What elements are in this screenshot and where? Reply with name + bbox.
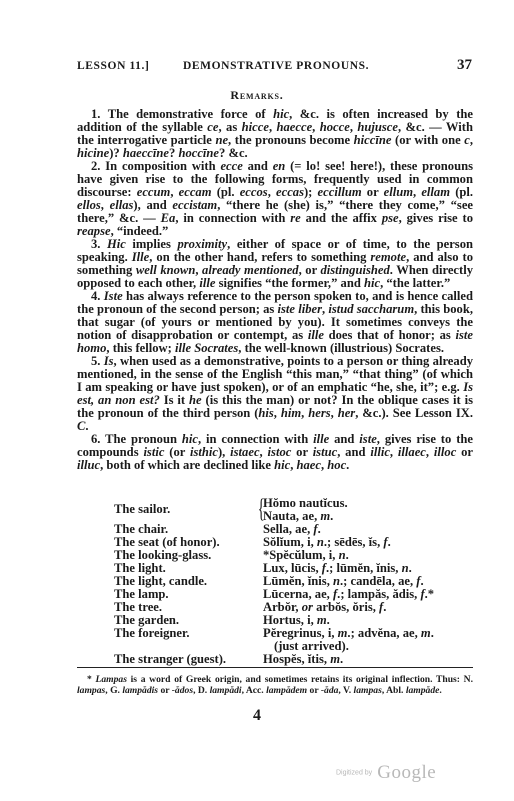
footnote: * Lampas is a word of Greek origin, and … (77, 675, 473, 696)
vocab-row-sailor: The sailor. { Hŏmo nautĭcus. Nauta, ae, … (114, 497, 474, 523)
remarks-body: 1. The demonstrative force of hic, &c. i… (77, 108, 473, 472)
digitized-watermark: Digitized by Google (336, 762, 436, 784)
footnote-divider (77, 667, 473, 668)
lesson-label: LESSON 11.] (77, 60, 149, 72)
remark-paragraph-2: 2. In composition with ecce and en (= lo… (77, 160, 473, 238)
page-number: 37 (457, 57, 472, 74)
vocabulary-list: The sailor. { Hŏmo nautĭcus. Nauta, ae, … (114, 497, 474, 666)
remark-paragraph-5: 5. Is, when used as a demonstrative, poi… (77, 355, 473, 433)
vocab-latin: Hospĕs, ĭtis, m. (263, 653, 343, 666)
book-page: LESSON 11.] DEMONSTRATIVE PRONOUNS. 37 R… (0, 0, 514, 801)
vocab-english: The sailor. (114, 503, 170, 516)
section-title: Remarks. (0, 88, 514, 103)
vocab-english: The stranger (guest). (114, 653, 226, 666)
google-logo: Google (377, 762, 436, 783)
remark-paragraph-4: 4. Iste has always reference to the pers… (77, 290, 473, 355)
watermark-prefix: Digitized by (336, 770, 372, 777)
remark-paragraph-6: 6. The pronoun hic, in connection with i… (77, 433, 473, 472)
remark-paragraph-1: 1. The demonstrative force of hic, &c. i… (77, 108, 473, 160)
chapter-title: DEMONSTRATIVE PRONOUNS. (183, 60, 369, 72)
signature-mark: 4 (0, 707, 514, 725)
running-head: LESSON 11.] DEMONSTRATIVE PRONOUNS. 37 (77, 60, 472, 76)
vocab-row: The stranger (guest).Hospĕs, ĭtis, m. (114, 653, 474, 666)
remark-paragraph-3: 3. Hic implies proximity, either of spac… (77, 238, 473, 290)
footnote-text: * Lampas is a word of Greek origin, and … (77, 675, 473, 696)
vocab-english: The foreigner. (114, 627, 190, 640)
vocab-rows: The chair.Sella, ae, f.The seat (of hono… (114, 523, 474, 666)
